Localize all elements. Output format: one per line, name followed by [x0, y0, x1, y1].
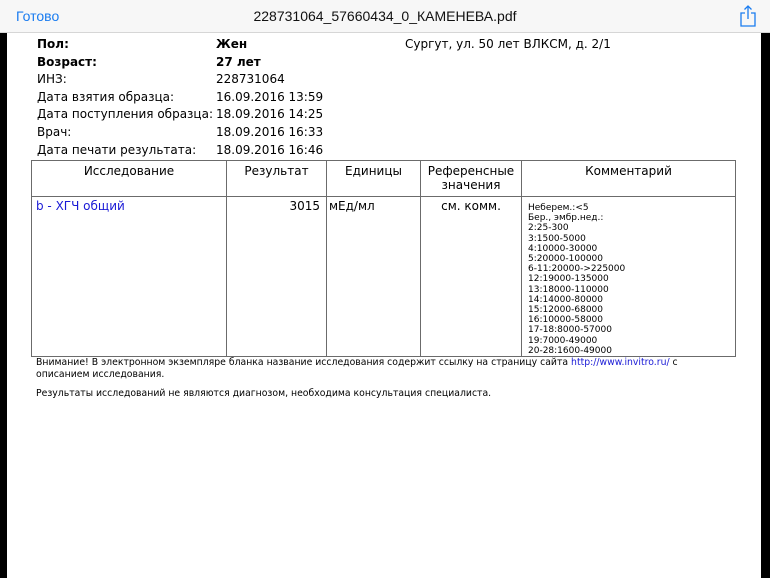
results-table: Исследование Результат Единицы Референсн…	[31, 160, 736, 357]
comment-line: Неберем.:<5	[528, 203, 735, 213]
page-edge-right	[761, 33, 770, 578]
info-label: Врач:	[37, 124, 71, 142]
info-value: 18.09.2016 14:25	[216, 106, 323, 124]
comment-line: 3:1500-5000	[528, 234, 735, 244]
header-units: Единицы	[327, 161, 421, 197]
comment-line: 12:19000-135000	[528, 274, 735, 284]
info-value: 228731064	[216, 71, 285, 89]
comment-line: 6-11:20000->225000	[528, 264, 735, 274]
table-header-row: Исследование Результат Единицы Референсн…	[32, 161, 736, 197]
comment-line: 19:7000-49000	[528, 336, 735, 346]
comment-line: 4:10000-30000	[528, 244, 735, 254]
info-label: Пол:	[37, 36, 69, 54]
info-label: Возраст:	[37, 54, 97, 72]
test-result: 3015	[227, 197, 327, 357]
page-edge-left	[0, 33, 7, 578]
disclaimer-note: Результаты исследований не являются диаг…	[36, 388, 716, 400]
test-comment: Неберем.:<5Бер., эмбр.нед.:2:25-3003:150…	[522, 197, 736, 357]
info-value: Жен	[216, 36, 247, 54]
info-label: Дата печати результата:	[37, 142, 196, 160]
info-label: Дата поступления образца:	[37, 106, 213, 124]
comment-line: 14:14000-80000	[528, 295, 735, 305]
info-value: 16.09.2016 13:59	[216, 89, 323, 107]
viewer-toolbar: Готово 228731064_57660434_0_КАМЕНЕВА.pdf	[0, 0, 770, 33]
test-reference: см. комм.	[421, 197, 522, 357]
test-units: мЕд/мл	[327, 197, 421, 357]
comment-line: 17-18:8000-57000	[528, 325, 735, 335]
comment-line: 13:18000-110000	[528, 285, 735, 295]
header-test: Исследование	[32, 161, 227, 197]
info-value: 27 лет	[216, 54, 261, 72]
info-value: 18.09.2016 16:33	[216, 124, 323, 142]
header-comment: Комментарий	[522, 161, 736, 197]
comment-line: 20-28:1600-49000	[528, 346, 735, 356]
warning-note: Внимание! В электронном экземпляре бланк…	[36, 357, 716, 380]
info-label: ИНЗ:	[37, 71, 67, 89]
share-icon[interactable]	[738, 4, 758, 28]
lab-address: Сургут, ул. 50 лет ВЛКСМ, д. 2/1	[405, 36, 611, 54]
notes: Внимание! В электронном экземпляре бланк…	[36, 357, 716, 408]
comment-line: 5:20000-100000	[528, 254, 735, 264]
comment-line: 16:10000-58000	[528, 315, 735, 325]
comment-line: 2:25-300	[528, 223, 735, 233]
invitro-link[interactable]: http://www.invitro.ru/	[571, 357, 670, 368]
table-row: b - ХГЧ общий 3015 мЕд/мл см. комм. Небе…	[32, 197, 736, 357]
info-label: Дата взятия образца:	[37, 89, 174, 107]
comment-line: 15:12000-68000	[528, 305, 735, 315]
comment-line: Бер., эмбр.нед.:	[528, 213, 735, 223]
test-name-link[interactable]: b - ХГЧ общий	[32, 197, 227, 357]
document-title: 228731064_57660434_0_КАМЕНЕВА.pdf	[0, 8, 770, 24]
warning-text: Внимание! В электронном экземпляре бланк…	[36, 357, 571, 368]
header-result: Результат	[227, 161, 327, 197]
header-reference: Референсные значения	[421, 161, 522, 197]
info-value: 18.09.2016 16:46	[216, 142, 323, 160]
